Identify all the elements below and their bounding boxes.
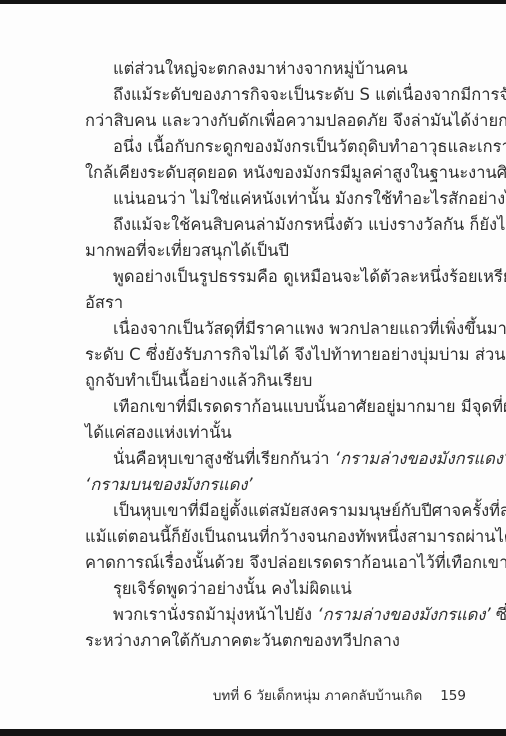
text-line: เนื่องจากเป็นวัสดุที่มีราคาแพง พวกปลายแถ… <box>85 316 469 342</box>
text-line: คาดการณ์เรื่องนั้นด้วย จึงปล่อยเรดดราก้อ… <box>85 550 469 576</box>
text-line: ระดับ C ซึ่งยังรับภารกิจไม่ได้ จึงไปท้าท… <box>85 342 469 368</box>
text-segment: เป็นหุบเขาที่มีอยู่ตั้งแต่สมัยสงครามมนุษ… <box>113 501 506 520</box>
text-segment: ใกล้เคียงระดับสุดยอด หนังของมังกรมีมูลค่… <box>85 163 506 182</box>
text-segment: แม้แต่ตอนนี้ก็ยังเป็นถนนที่กว้างจนกองทัพ… <box>85 527 506 546</box>
text-line: นั่นคือหุบเขาสูงชันที่เรียกกันว่า ‘กรามล… <box>85 446 469 472</box>
text-line: พวกเรานั่งรถม้ามุ่งหน้าไปยัง ‘กรามล่างขอ… <box>85 602 469 628</box>
body-text: แต่ส่วนใหญ่จะตกลงมาห่างจากหมู่บ้านคนถึงแ… <box>85 56 469 654</box>
text-segment: เทือกเขาที่มีเรดดราก้อนแบบนั้นอาศัยอยู่ม… <box>113 397 506 416</box>
text-segment: แต่ส่วนใหญ่จะตกลงมาห่างจากหมู่บ้านคน <box>113 59 408 78</box>
text-line: เทือกเขาที่มีเรดดราก้อนแบบนั้นอาศัยอยู่ม… <box>85 394 469 420</box>
book-page: แต่ส่วนใหญ่จะตกลงมาห่างจากหมู่บ้านคนถึงแ… <box>0 0 506 736</box>
page-footer: บทที่ 6 วัยเด็กหนุ่ม ภาคกลับบ้านเกิด 159 <box>213 684 466 706</box>
text-segment: เนื่องจากเป็นวัสดุที่มีราคาแพง พวกปลายแถ… <box>113 319 506 338</box>
text-line: ระหว่างภาคใต้กับภาคตะวันตกของทวีปกลาง <box>85 628 469 654</box>
text-segment: อนึ่ง เนื้อกับกระดูกของมังกรเป็นวัตถุดิบ… <box>113 137 506 156</box>
text-line: เป็นหุบเขาที่มีอยู่ตั้งแต่สมัยสงครามมนุษ… <box>85 498 469 524</box>
text-line: แน่นอนว่า ไม่ใช่แค่หนังเท่านั้น มังกรใช้… <box>85 186 469 212</box>
text-line: แต่ส่วนใหญ่จะตกลงมาห่างจากหมู่บ้านคน <box>85 56 469 82</box>
text-line: รุยเจิร์ดพูดว่าอย่างนั้น คงไม่ผิดแน่ <box>85 576 469 602</box>
bottom-edge-bar <box>0 729 506 736</box>
footer-chapter-title: บทที่ 6 วัยเด็กหนุ่ม ภาคกลับบ้านเกิด <box>213 684 422 706</box>
text-segment: ได้แค่สองแห่งเท่านั้น <box>85 423 232 442</box>
text-segment: ระหว่างภาคใต้กับภาคตะวันตกของทวีปกลาง <box>85 631 400 650</box>
top-edge-bar <box>0 0 506 4</box>
text-line: พูดอย่างเป็นรูปธรรมคือ ดูเหมือนจะได้ตัวล… <box>85 264 469 290</box>
text-segment: ถึงแม้ระดับของภารกิจจะเป็นระดับ S แต่เนื… <box>113 85 506 104</box>
text-segment: พูดอย่างเป็นรูปธรรมคือ ดูเหมือนจะได้ตัวล… <box>113 267 506 286</box>
text-segment: ถูกจับทำเป็นเนื้อย่างแล้วกินเรียบ <box>85 371 312 390</box>
text-segment: แน่นอนว่า ไม่ใช่แค่หนังเท่านั้น มังกรใช้… <box>113 189 506 208</box>
text-line: ถูกจับทำเป็นเนื้อย่างแล้วกินเรียบ <box>85 368 469 394</box>
text-line: มากพอที่จะเที่ยวสนุกได้เป็นปี <box>85 238 469 264</box>
text-line: อัสรา <box>85 290 469 316</box>
text-segment: ระดับ C ซึ่งยังรับภารกิจไม่ได้ จึงไปท้าท… <box>85 345 506 364</box>
text-line: ใกล้เคียงระดับสุดยอด หนังของมังกรมีมูลค่… <box>85 160 469 186</box>
text-segment: กว่าสิบคน และวางกับดักเพื่อความปลอดภัย จ… <box>85 111 506 130</box>
text-line: ‘กรามบนของมังกรแดง’ <box>85 472 469 498</box>
text-line: ได้แค่สองแห่งเท่านั้น <box>85 420 469 446</box>
text-line: แม้แต่ตอนนี้ก็ยังเป็นถนนที่กว้างจนกองทัพ… <box>85 524 469 550</box>
text-segment: รุยเจิร์ดพูดว่าอย่างนั้น คงไม่ผิดแน่ <box>113 579 352 598</box>
text-segment: คาดการณ์เรื่องนั้นด้วย จึงปล่อยเรดดราก้อ… <box>85 553 506 572</box>
text-line: ถึงแม้ระดับของภารกิจจะเป็นระดับ S แต่เนื… <box>85 82 469 108</box>
text-segment: มากพอที่จะเที่ยวสนุกได้เป็นปี <box>85 241 289 260</box>
text-segment: นั่นคือหุบเขาสูงชันที่เรียกกันว่า <box>113 449 335 468</box>
quoted-place-name: ‘กรามล่างของมังกรแดง’ <box>335 449 506 468</box>
text-segment: ถึงแม้จะใช้คนสิบคนล่ามังกรหนึ่งตัว แบ่งร… <box>113 215 506 234</box>
text-line: ถึงแม้จะใช้คนสิบคนล่ามังกรหนึ่งตัว แบ่งร… <box>85 212 469 238</box>
text-line: กว่าสิบคน และวางกับดักเพื่อความปลอดภัย จ… <box>85 108 469 134</box>
text-segment: พวกเรานั่งรถม้ามุ่งหน้าไปยัง <box>113 605 317 624</box>
text-line: อนึ่ง เนื้อกับกระดูกของมังกรเป็นวัตถุดิบ… <box>85 134 469 160</box>
quoted-place-name: ‘กรามบนของมังกรแดง’ <box>85 475 253 494</box>
quoted-place-name: ‘กรามล่างของมังกรแดง’ <box>317 605 490 624</box>
text-segment: อัสรา <box>85 293 123 312</box>
footer-page-number: 159 <box>440 688 466 704</box>
text-segment: ซึ่งเชื่อมโยง <box>491 605 506 624</box>
